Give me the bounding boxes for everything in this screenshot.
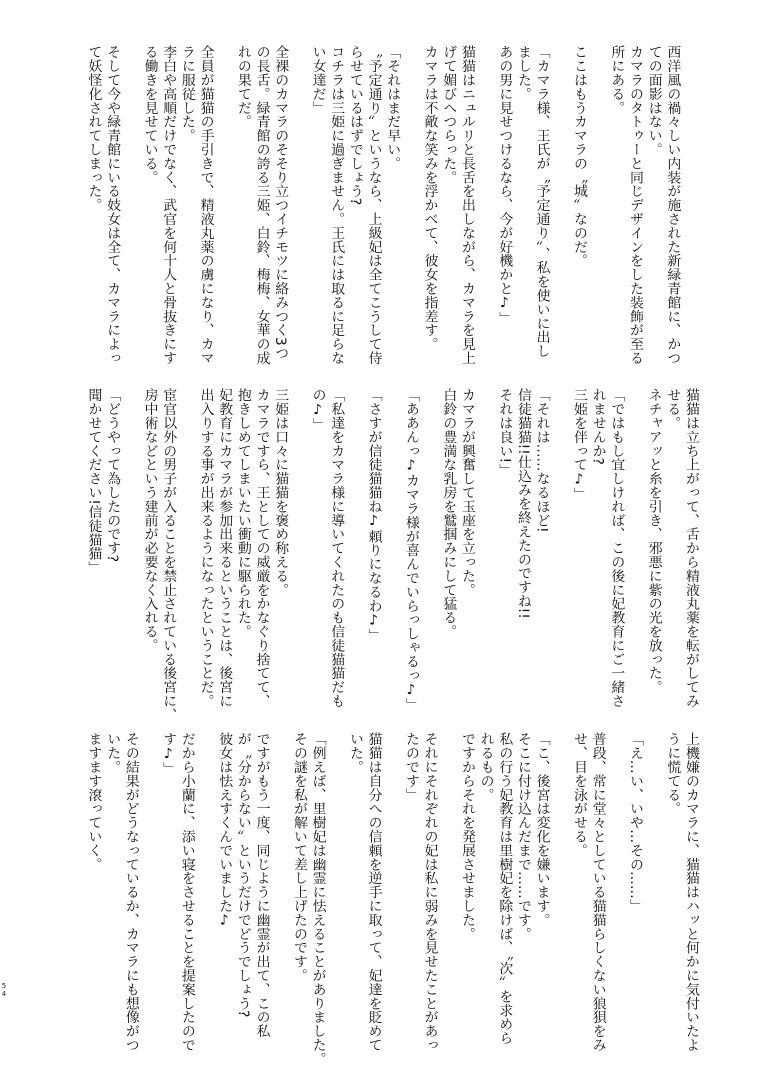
text-line	[383, 388, 402, 710]
text-line	[196, 732, 215, 1054]
text-line	[327, 732, 346, 1054]
text-block-bottom: 上機嫌のカマラに、猫猫はハッと何かに気付いたよ うに慌てる。 「え…い、いや…そ…	[83, 732, 700, 1054]
text-line: そこに付け込んだまで……です。	[513, 732, 532, 1054]
text-line: 房中術などという建前が必要なく入れる。	[140, 388, 159, 710]
text-line: 聞かせてください!信徒猫猫」	[84, 388, 103, 710]
text-line: 「こ、後宮は変化を嫌います。	[532, 732, 551, 1054]
text-line	[289, 388, 308, 710]
text-line	[271, 732, 290, 1054]
text-line: 白鈴の豊満な乳房を鷲掴みにして猛る。	[439, 388, 458, 710]
text-line: 宦官以外の男子が入ることを禁止されている後宮に、	[159, 388, 178, 710]
text-line	[476, 45, 495, 367]
text-line: 出入りする事が出来るようになったということだ。	[196, 388, 215, 710]
text-line: だから小蘭に、添い寝をさせることを提案したので	[177, 732, 196, 1054]
text-line	[121, 388, 140, 710]
text-line	[345, 388, 364, 710]
text-line: 彼女は怯えすくんでいました♪	[215, 732, 234, 1054]
text-line: す♪」	[159, 732, 178, 1054]
text-line: 李白や高順だけでなく、武官を何十人と骨抜きにす	[159, 45, 178, 367]
text-line	[439, 732, 458, 1054]
text-line: れるもの。	[476, 732, 495, 1054]
text-line: 「どうやって為したのです?	[103, 388, 122, 710]
text-line: 「え…い、いや…その……」	[625, 732, 644, 1054]
text-line	[401, 45, 420, 367]
text-line: い女達だ」	[308, 45, 327, 367]
text-line: 三姫は口々に猫猫を褒め称える。	[271, 388, 290, 710]
text-line: 普段、常に堂々としている猫猫らしくない狼狽をみ	[588, 732, 607, 1054]
text-line: カマラのタトゥーと同じデザインをした装飾が至る	[625, 45, 644, 367]
text-line: それは良い!」	[495, 388, 514, 710]
text-line: それにそれぞれの妃は私に弱みを見せたことがあっ	[420, 732, 439, 1054]
text-line: 抱きしめてしまいたい衝動に駆られた。	[233, 388, 252, 710]
text-line: ここはもうカマラの〝城〟なのだ。	[569, 45, 588, 367]
text-line: 猫猫は立ち上がって、舌から精液丸薬を転がしてみ	[681, 388, 700, 710]
text-line: その結果がどうなっているか、カマラにも想像がつ	[121, 732, 140, 1054]
text-line: 三姫を伴って♪」	[569, 388, 588, 710]
text-line	[289, 45, 308, 367]
text-line	[588, 45, 607, 367]
text-line: 所にある。	[607, 45, 626, 367]
text-line: 「ああんっ♪カマラ様が喜んでいらっしゃるっ♪」	[401, 388, 420, 710]
text-line: ラに服従した。	[177, 45, 196, 367]
text-line: 西洋風の禍々しい内装が施された新緑青館に、かつ	[663, 45, 682, 367]
text-line: て妖怪化されてしまった。	[84, 45, 103, 367]
text-line: 信徒猫猫!!仕込みを終えたのですね!!	[513, 388, 532, 710]
text-line: が〝分からない〟というだけでどうでしょう?	[233, 732, 252, 1054]
text-line: る働きを見せている。	[140, 45, 159, 367]
text-block-top: 西洋風の禍々しい内装が施された新緑青館に、かつ ての面影はない。 カマラのタトゥ…	[83, 45, 700, 367]
text-line: いた。	[103, 732, 122, 1054]
text-line: ました。	[513, 45, 532, 367]
text-line: の長舌。緑青館の誇る三姫、白鈴、梅梅、女華の成	[252, 45, 271, 367]
text-line: 猫猫は自分への信頼を逆手に取って、妃達を貶めて	[364, 732, 383, 1054]
text-line: うに慌てる。	[663, 732, 682, 1054]
text-line: れませんか?	[588, 388, 607, 710]
text-line: らせているはずでしょう?	[345, 45, 364, 367]
text-line: ますます滾っていく。	[84, 732, 103, 1054]
text-line	[681, 45, 700, 367]
text-line: 私の行う妃教育は里樹妃を除けば、〝次〟を求めら	[495, 732, 514, 1054]
text-line	[215, 45, 234, 367]
text-line: カマラが興奮して玉座を立った。	[457, 388, 476, 710]
text-line: いた。	[345, 732, 364, 1054]
text-line: その謎を私が解いて差し上げたのです。	[289, 732, 308, 1054]
text-line: 「それは……なるほど!	[532, 388, 551, 710]
text-line	[177, 388, 196, 710]
text-line	[121, 45, 140, 367]
text-line	[607, 732, 626, 1054]
text-line: コチラは三姫に過ぎません。王氏には取るに足らな	[327, 45, 346, 367]
text-line: ネチャアッと糸を引き、邪悪に紫の光を放った。	[644, 388, 663, 710]
page-number: 54	[0, 982, 7, 998]
text-block-middle: 猫猫は立ち上がって、舌から精液丸薬を転がしてみ せる。 ネチャアッと糸を引き、邪…	[83, 388, 700, 710]
text-line	[551, 388, 570, 710]
text-line: ての面影はない。	[644, 45, 663, 367]
text-line: 「カマラ様、王氏が〝予定通り〟、私を使いに出し	[532, 45, 551, 367]
text-line: そして今や緑青館にいる妓女は全て、カマラによっ	[103, 45, 122, 367]
text-line	[140, 732, 159, 1054]
text-line	[420, 388, 439, 710]
text-line: 「例えば、里樹妃は幽霊に怯えることがありました。	[308, 732, 327, 1054]
text-line: せる。	[663, 388, 682, 710]
text-line: あの男に見せつけるなら、今が好機かと♪」	[495, 45, 514, 367]
text-line: 全裸のカマラのそそり立つイチモツに絡みつく3つ	[271, 45, 290, 367]
book-page: 西洋風の禍々しい内装が施された新緑青館に、かつ ての面影はない。 カマラのタトゥ…	[0, 0, 765, 1080]
text-line: 上機嫌のカマラに、猫猫はハッと何かに気付いたよ	[681, 732, 700, 1054]
text-line: 「さすが信徒猫猫ね♪頼りになるわ♪」	[364, 388, 383, 710]
text-line: 〝予定通り〟というなら、上級妃は全てこうして侍	[364, 45, 383, 367]
text-line: 猫猫はニュルリと長舌を出しながら、カマラを見上	[457, 45, 476, 367]
text-line: ですからそれを発展させました。	[457, 732, 476, 1054]
text-line	[551, 732, 570, 1054]
text-line: カマラは不敵な笑みを浮かべて、彼女を指差す。	[420, 45, 439, 367]
text-line: せ、目を泳がせる。	[569, 732, 588, 1054]
text-line: 全員が猫猫の手引きで、精液丸薬の虜になり、カマ	[196, 45, 215, 367]
text-line: 「それはまだ早い。	[383, 45, 402, 367]
text-line	[625, 388, 644, 710]
text-line	[383, 732, 402, 1054]
text-line	[476, 388, 495, 710]
text-line: の♪」	[308, 388, 327, 710]
text-line: げて媚びへつらった。	[439, 45, 458, 367]
text-line: れの果てだ。	[233, 45, 252, 367]
text-line: 「ではもし宜しければ、この後に妃教育にご一緒さ	[607, 388, 626, 710]
text-line	[644, 732, 663, 1054]
text-line: カマラですら、王としての威厳をかなぐり捨てて、	[252, 388, 271, 710]
text-line	[551, 45, 570, 367]
text-line: 妃教育にカマラが参加出来るということは、後宮に	[215, 388, 234, 710]
text-line: ですがもう一度、同じように幽霊が出て、この私	[252, 732, 271, 1054]
text-line: たのです」	[401, 732, 420, 1054]
text-line: 「私達をカマラ様に導いてくれたのも信徒猫猫だも	[327, 388, 346, 710]
